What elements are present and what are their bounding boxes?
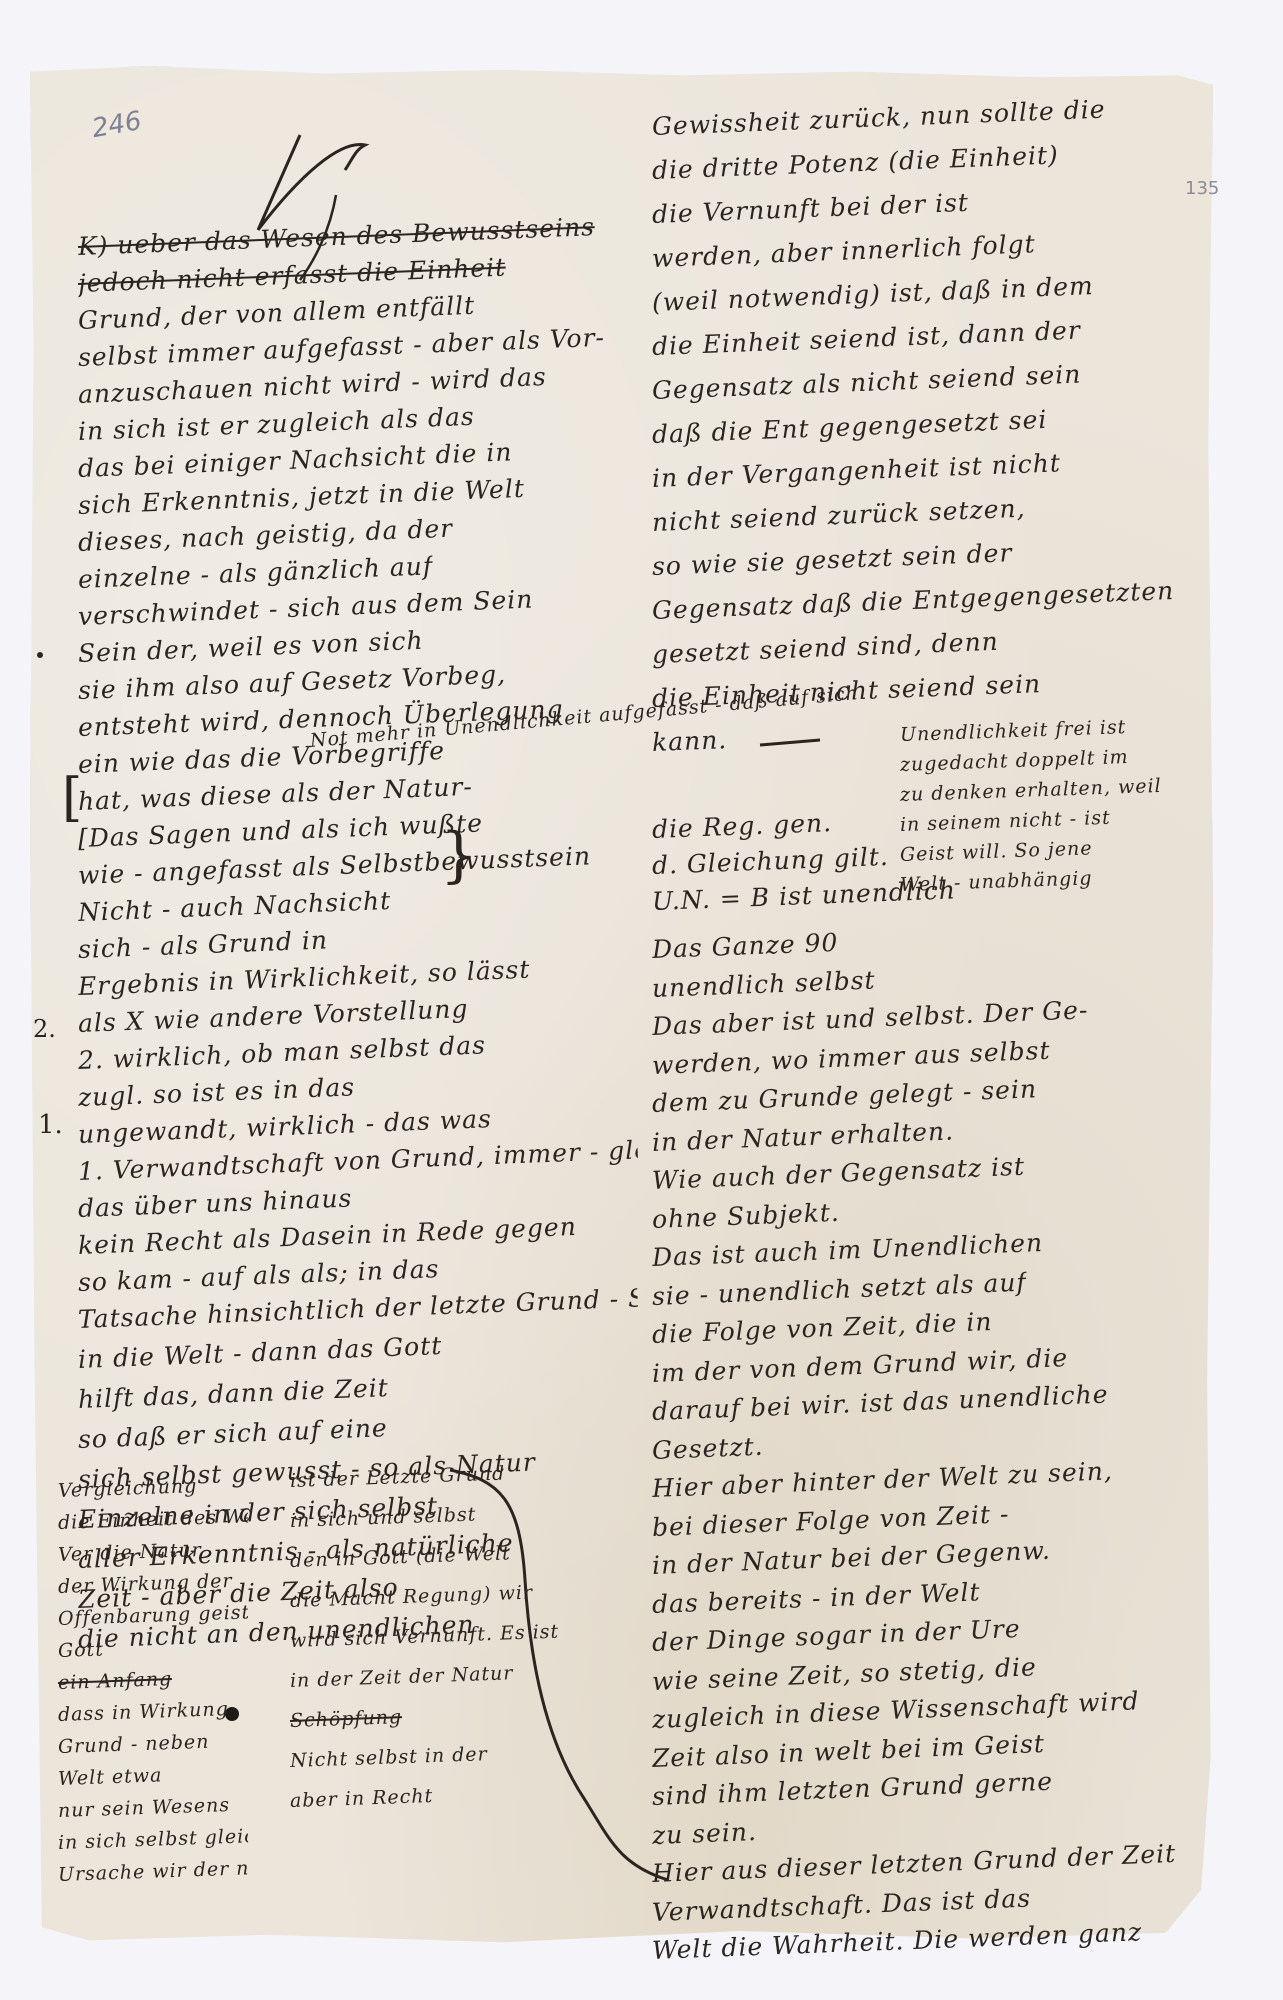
bracket-open: [ (62, 768, 82, 828)
margin-note-line: Gott (58, 1638, 105, 1662)
heading-mark-icon (258, 135, 365, 230)
handwritten-line: zu sein. (651, 1816, 757, 1849)
inner-note-line: Schöpfung (290, 1706, 403, 1732)
handwritten-line: kann. (651, 725, 727, 757)
margin-note-line: ein Anfang (58, 1668, 173, 1694)
margin-note-line: Welt etwa (58, 1764, 163, 1790)
handwritten-line: Gesetzt. (651, 1431, 764, 1464)
bracket-close: } (440, 820, 478, 890)
numbered-label-1: 1. (38, 1110, 63, 1140)
numbered-label-2: 2. (33, 1015, 56, 1043)
